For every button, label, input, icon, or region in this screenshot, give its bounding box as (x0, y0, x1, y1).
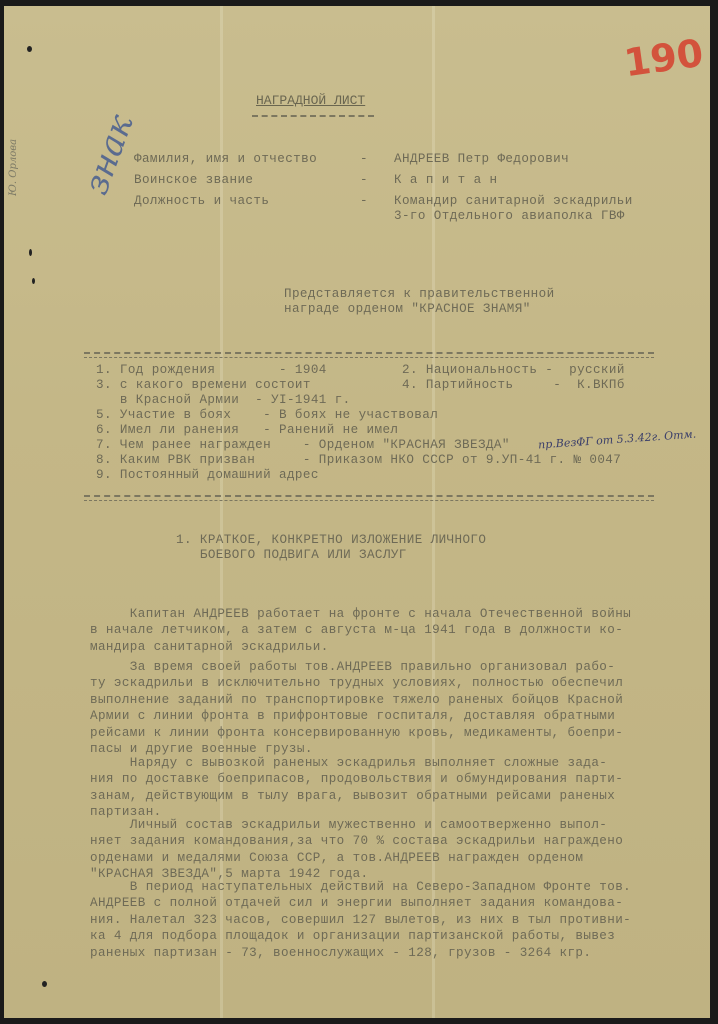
q9-address: 9. Постоянный домашний адрес (96, 467, 319, 483)
q6-wounds: 6. Имел ли ранения - Ранений не имел (96, 422, 398, 438)
speck (32, 278, 35, 284)
label-position: Должность и часть (134, 193, 269, 209)
divider (84, 495, 654, 497)
dash: - (360, 151, 368, 167)
text-line: ту эскадрильи в исключительно трудных ус… (90, 675, 690, 691)
text-line: Личный состав эскадрильи мужественно и с… (90, 817, 690, 833)
text-line: выполнение заданий по транспортировке тя… (90, 692, 690, 708)
section-heading-1: 1. КРАТКОЕ, КОНКРЕТНО ИЗЛОЖЕНИЕ ЛИЧНОГО (176, 532, 486, 548)
margin-vertical-note: Ю. Орлова (8, 139, 19, 196)
q7-previous-awards: 7. Чем ранее награжден - Орденом "КРАСНА… (96, 437, 510, 453)
paragraph-4: Личный состав эскадрильи мужественно и с… (90, 817, 690, 883)
margin-handwritten-note: знак (76, 109, 141, 199)
dash: - (360, 193, 368, 209)
text-line: АНДРЕЕВ с полной отдачей сил и энергии в… (90, 895, 690, 911)
text-line: орденами и медалями Союза ССР, а тов.АНД… (90, 850, 690, 866)
section-heading-2: БОЕВОГО ПОДВИГА ИЛИ ЗАСЛУГ (176, 547, 407, 563)
q3-service-since-cont: в Красной Армии - УI-1941 г. (96, 392, 351, 408)
paragraph-3: Наряду с вывозкой раненых эскадрилья вып… (90, 755, 690, 821)
label-full-name: Фамилия, имя и отчество (134, 151, 317, 167)
text-line: За время своей работы тов.АНДРЕЕВ правил… (90, 659, 690, 675)
text-line: Капитан АНДРЕЕВ работает на фронте с нач… (90, 606, 690, 622)
text-line: мандира санитарной эскадрильи. (90, 639, 690, 655)
q5-combat: 5. Участие в боях - В боях не участвовал (96, 407, 438, 423)
divider (84, 357, 654, 358)
text-line: ния. Налетал 323 часов, совершил 127 выл… (90, 912, 690, 928)
nomination-line-2: награде орденом "КРАСНОЕ ЗНАМЯ" (284, 301, 531, 317)
text-line: Армии с линии фронта в прифронтовые госп… (90, 708, 690, 724)
q8-conscription: 8. Каким РВК призван - Приказом НКО СССР… (96, 452, 621, 468)
text-line: В период наступательных действий на Севе… (90, 879, 690, 895)
title-underline (252, 115, 374, 117)
q4-party: 4. Партийность - К.ВКПб (402, 377, 625, 393)
text-line: ния по доставке боеприпасов, продовольст… (90, 771, 690, 787)
paragraph-1: Капитан АНДРЕЕВ работает на фронте с нач… (90, 606, 690, 655)
value-position: Командир санитарной эскадрильи (394, 193, 633, 209)
q2-nationality: 2. Национальность - русский (402, 362, 625, 378)
text-line: в начале летчиком, а затем с августа м-ц… (90, 622, 690, 638)
dash: - (360, 172, 368, 188)
nomination-line-1: Представляется к правительственной (284, 286, 555, 302)
q7-handwritten-note: пр.ВезФГ от 5.3.42г. Отм. (538, 427, 697, 451)
text-line: раненых партизан - 73, военнослужащих - … (90, 945, 690, 961)
q3-service-since: 3. с какого времени состоит (96, 377, 311, 393)
text-line: Наряду с вывозкой раненых эскадрилья вып… (90, 755, 690, 771)
paragraph-5: В период наступательных действий на Севе… (90, 879, 690, 961)
speck (42, 981, 47, 987)
award-sheet-page: 190 знак Ю. Орлова НАГРАДНОЙ ЛИСТ Фамили… (4, 6, 710, 1018)
label-rank: Воинское звание (134, 172, 253, 188)
text-line: занам, действующим в тылу врага, вывозит… (90, 788, 690, 804)
divider (84, 500, 654, 501)
speck (27, 46, 32, 52)
document-title: НАГРАДНОЙ ЛИСТ (256, 93, 365, 108)
text-line: ка 4 для подбора площадок и организации … (90, 928, 690, 944)
paragraph-2: За время своей работы тов.АНДРЕЕВ правил… (90, 659, 690, 757)
value-rank: К а п и т а н (394, 172, 497, 188)
speck (29, 249, 32, 256)
value-full-name: АНДРЕЕВ Петр Федорович (394, 151, 569, 167)
q1-birth-year: 1. Год рождения - 1904 (96, 362, 327, 378)
page-number-handwritten: 190 (621, 31, 706, 86)
divider (84, 352, 654, 354)
text-line: рейсами к линии фронта консервированную … (90, 725, 690, 741)
text-line: няет задания командования,за что 70 % со… (90, 833, 690, 849)
value-unit: 3-го Отдельного авиаполка ГВФ (394, 208, 625, 224)
